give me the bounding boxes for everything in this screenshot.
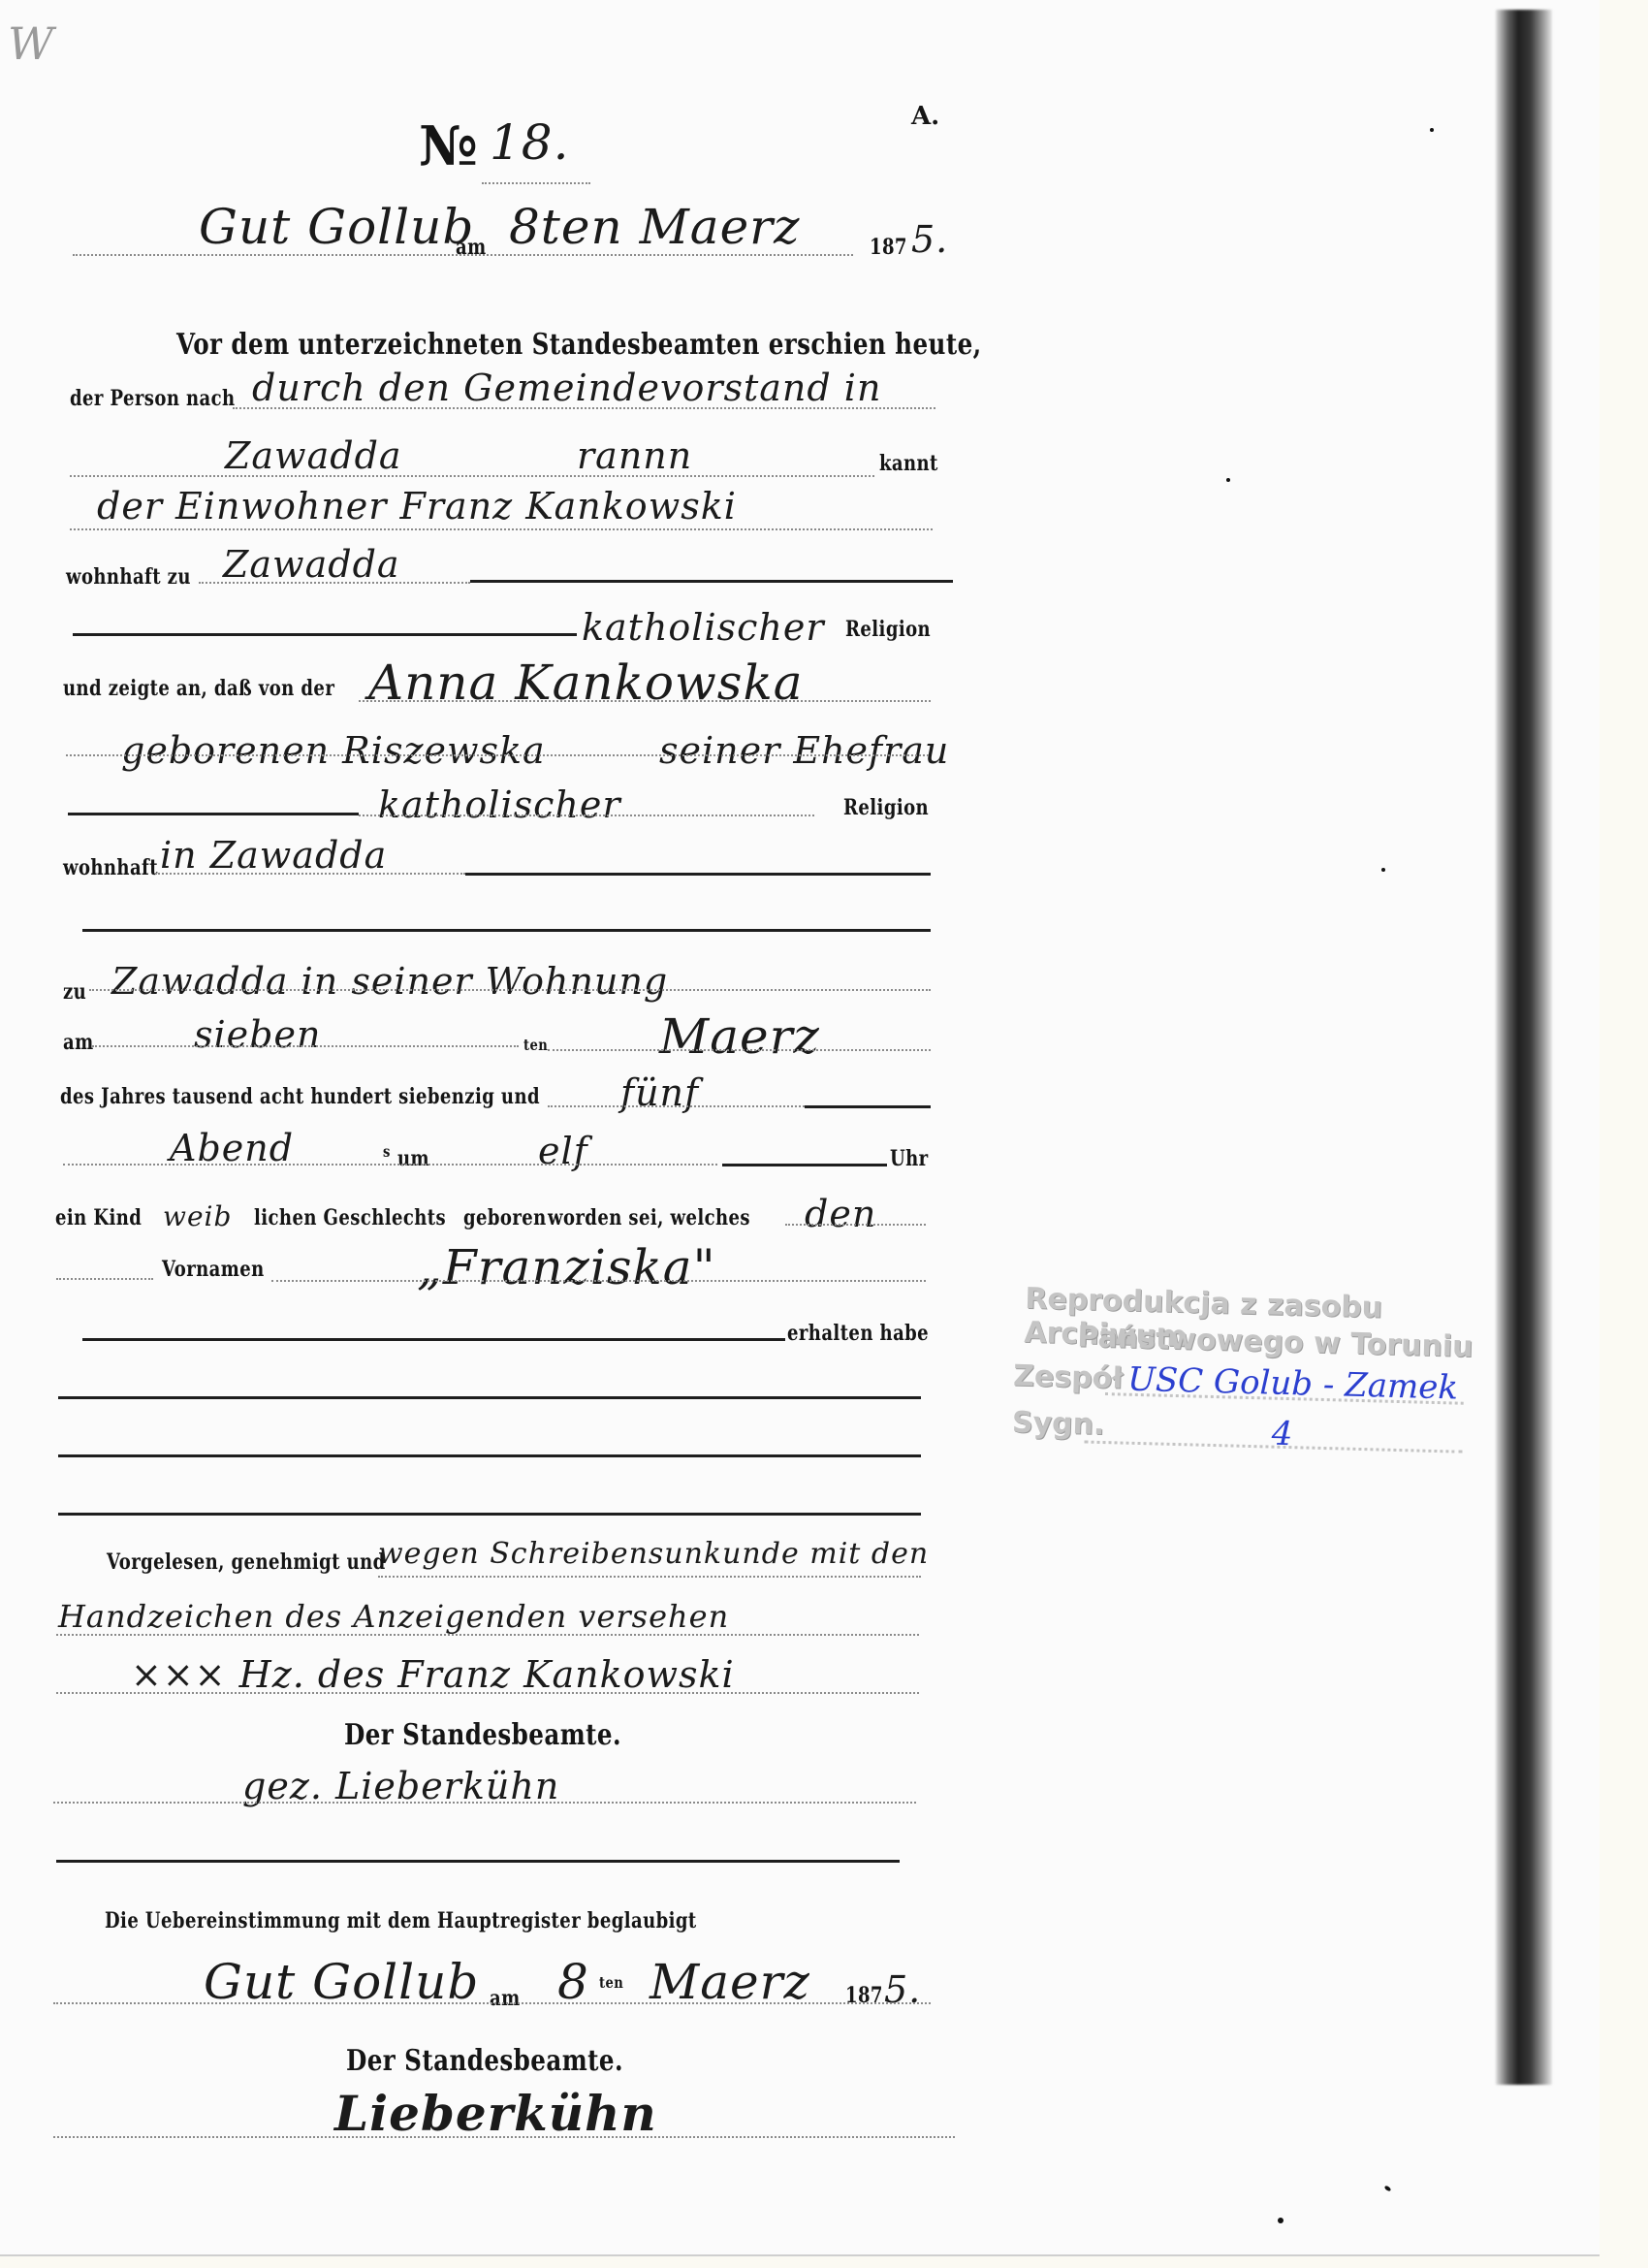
dotted-line xyxy=(548,1049,931,1051)
stamp-sygn-value: 4 xyxy=(1271,1415,1293,1454)
dotted-line xyxy=(53,2136,955,2138)
dotted-line xyxy=(271,1280,926,1282)
solid-line xyxy=(805,1105,931,1108)
year-print: des Jahres tausend acht hundert siebenzi… xyxy=(60,1084,540,1109)
solid-line xyxy=(58,1396,921,1399)
child-label-3: geboren xyxy=(463,1205,547,1230)
dotted-line xyxy=(785,1224,926,1226)
child-label-2: lichen Geschlechts xyxy=(254,1205,446,1230)
certification-official-title: Der Standesbeamte. xyxy=(346,2044,623,2078)
solid-line xyxy=(56,1860,900,1863)
header-year-prefix: 187 xyxy=(870,235,907,260)
residence: Zawadda xyxy=(223,543,400,586)
birthplace-label: zu xyxy=(63,979,86,1005)
certification-am-label: am xyxy=(490,1986,521,2011)
archive-stamp: Reprodukcja z zasobu Archiwum Państwoweg… xyxy=(1010,1282,1490,1498)
mother-relation: seiner Ehefrau xyxy=(659,729,949,772)
mother-residence-label: wohnhaft xyxy=(63,855,158,880)
speck xyxy=(1430,128,1434,132)
solid-line xyxy=(58,1513,921,1516)
intro-text: Vor dem unterzeichneten Standesbeamten e… xyxy=(176,328,982,362)
entry-number-label: № xyxy=(419,114,478,178)
mother-residence: in Zawadda xyxy=(160,834,387,877)
certification-year-suffix: 5. xyxy=(884,1968,921,2011)
day: sieben xyxy=(194,1013,321,1056)
person-hand-1: durch den Gemeindevorstand in xyxy=(252,367,881,409)
announce-label: und zeigte an, daß von der xyxy=(63,676,334,701)
pencil-mark: W xyxy=(8,17,53,70)
religion-2: katholischer xyxy=(378,783,621,826)
read-hand-3: ××× Hz. des Franz Kankowski xyxy=(131,1653,735,1696)
stamp-sygn-label: Sygn. xyxy=(1012,1406,1105,1442)
solid-line xyxy=(722,1164,887,1166)
binding-shadow xyxy=(1496,10,1552,2085)
speck xyxy=(1381,868,1385,872)
solid-line xyxy=(68,813,359,815)
dotted-line xyxy=(92,1045,519,1047)
dotted-line xyxy=(155,873,465,875)
dotted-line xyxy=(359,815,814,816)
dotted-line xyxy=(199,582,470,584)
s-label: s xyxy=(383,1142,391,1161)
read-label: Vorgelesen, genehmigt und xyxy=(107,1549,386,1575)
header-date: 8ten Maerz xyxy=(509,199,800,255)
mother-born: geborenen Riszewska xyxy=(121,729,546,772)
official-title: Der Standesbeamte. xyxy=(344,1718,621,1752)
person-hand-2b: rannn xyxy=(577,434,692,477)
dotted-line xyxy=(53,1802,916,1804)
dotted-line xyxy=(56,1692,919,1694)
religion-1: katholischer xyxy=(582,606,825,649)
dotted-line xyxy=(70,528,933,530)
dotted-line xyxy=(548,1105,805,1107)
dotted-line xyxy=(53,2002,931,2004)
solid-line xyxy=(58,1454,921,1457)
hour: elf xyxy=(538,1130,588,1172)
day-label: am xyxy=(63,1030,94,1055)
dotted-line xyxy=(56,1278,153,1280)
ten-label: ten xyxy=(523,1036,548,1054)
month: Maerz xyxy=(659,1008,820,1065)
header-am-label: am xyxy=(456,235,487,260)
header-year-suffix: 5. xyxy=(911,218,948,261)
dotted-line xyxy=(73,254,853,256)
entry-number: 18. xyxy=(490,114,570,171)
year-hand: fünf xyxy=(620,1071,699,1114)
solid-line xyxy=(470,580,953,583)
um-label: um xyxy=(397,1146,429,1171)
mother-name: Anna Kankowska xyxy=(368,655,804,711)
birthplace: Zawadda in seiner Wohnung xyxy=(111,960,668,1003)
read-hand-1: wegen Schreibensunkunde mit den xyxy=(378,1537,929,1571)
speck xyxy=(1383,2185,1391,2191)
dotted-line xyxy=(89,989,931,991)
dotted-line xyxy=(56,1634,919,1636)
form-letter: A. xyxy=(911,102,939,131)
solid-line xyxy=(82,929,931,932)
child-label-1: ein Kind xyxy=(55,1205,142,1230)
residence-label: wohnhaft zu xyxy=(66,564,191,590)
document-page: W A. № 18. Gut Gollub am 8ten Maerz 187 … xyxy=(0,0,1600,2256)
solid-line xyxy=(465,873,931,876)
given-name: „Franziska" xyxy=(417,1239,716,1295)
solid-line xyxy=(82,1338,785,1341)
received-label: erhalten habe xyxy=(787,1321,929,1346)
dotted-line xyxy=(70,475,874,477)
solid-line xyxy=(73,633,577,636)
declarant: der Einwohner Franz Kankowski xyxy=(97,485,737,527)
certification-signature: Lieberkühn xyxy=(334,2085,657,2142)
uhr-label: Uhr xyxy=(890,1146,929,1171)
dotted-line xyxy=(359,700,931,702)
given-name-label: Vornamen xyxy=(162,1257,265,1282)
speck xyxy=(1226,478,1230,482)
certification-statement: Die Uebereinstimmung mit dem Hauptregist… xyxy=(105,1908,697,1933)
read-hand-2: Handzeichen des Anzeigenden versehen xyxy=(58,1598,729,1635)
stamp-zespol-label: Zespół xyxy=(1013,1359,1124,1396)
person-label: der Person nach xyxy=(70,386,236,411)
header-place: Gut Gollub xyxy=(199,199,474,255)
stamp-zespol-value: USC Golub - Zamek xyxy=(1127,1360,1459,1408)
religion-label-1: Religion xyxy=(845,617,931,642)
speck xyxy=(1278,2218,1284,2223)
sex: weib xyxy=(163,1200,232,1232)
dotted-line xyxy=(233,407,935,409)
dotted-line xyxy=(66,754,929,756)
welches-hand: den xyxy=(805,1193,876,1235)
religion-label-2: Religion xyxy=(843,795,929,820)
dotted-line xyxy=(63,1164,717,1166)
person-hand-2: Zawadda xyxy=(225,434,402,477)
dotted-line xyxy=(482,182,590,184)
certification-year-prefix: 187 xyxy=(845,1983,883,2008)
dotted-line xyxy=(378,1576,921,1578)
certification-ten-label: ten xyxy=(599,1973,623,1992)
kannt-label: kannt xyxy=(879,451,938,476)
child-label-4: worden sei, welches xyxy=(548,1205,750,1230)
